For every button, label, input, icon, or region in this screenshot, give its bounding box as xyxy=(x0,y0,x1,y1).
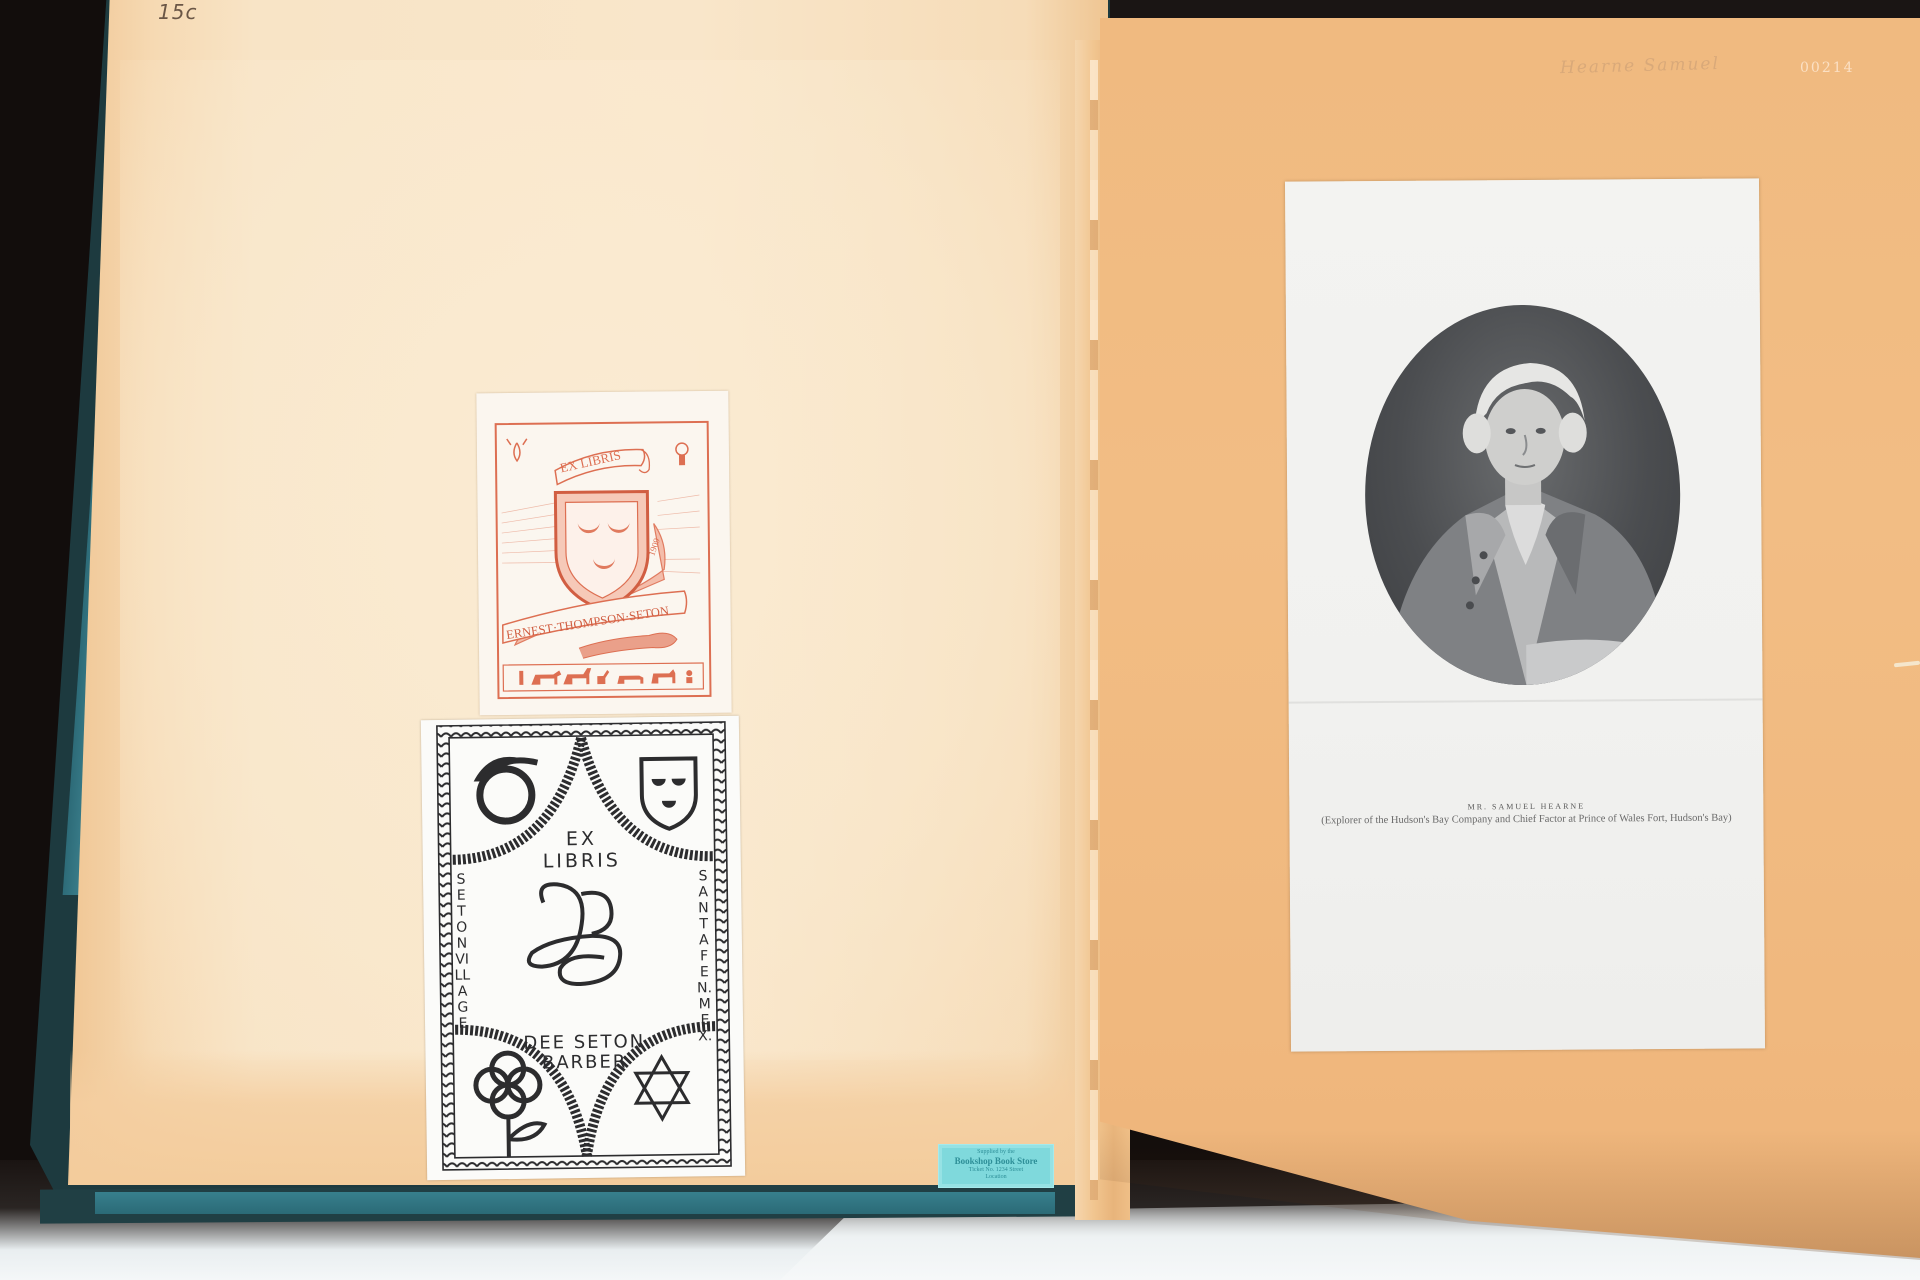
portrait-caption-description: (Explorer of the Hudson's Bay Company an… xyxy=(1319,813,1733,828)
ticket-line-4: Location xyxy=(939,1174,1053,1181)
pencil-note-top-left: 15c xyxy=(158,0,197,24)
print-fold-line xyxy=(1289,698,1763,703)
exlibris-libris: LIBRIS xyxy=(423,848,741,874)
hinge-crack xyxy=(1090,60,1098,1200)
ticket-line-1: Supplied by the xyxy=(939,1148,1053,1156)
portrait-caption-name: MR. SAMUEL HEARNE xyxy=(1289,800,1763,812)
ticket-line-3: Ticket No. 1234 Street xyxy=(939,1166,1053,1174)
bottom-repair-tape xyxy=(95,1192,1055,1214)
ticket-line-2: Bookshop Book Store xyxy=(939,1156,1053,1166)
pencil-note-top-right: Hearne Samuel xyxy=(1560,54,1720,78)
pencil-note-number: 00214 xyxy=(1800,60,1855,76)
bookplate-ernest-thompson-seton: EX LIBRIS 1909 ERNEST·THOMPSON·SETON xyxy=(476,391,731,716)
bookplate-dee-seton-barber: EX LIBRIS SETON VILLAGE SANTA FE N.MEX. … xyxy=(421,716,745,1180)
portrait-oval-engraving xyxy=(1364,304,1682,686)
open-book-scene: 15c Hearne Samuel 00214 EX xyxy=(0,0,1920,1280)
bookplate-barber-exlibris: EX LIBRIS xyxy=(422,826,741,874)
bookplate-seton-artwork: EX LIBRIS 1909 ERNEST·THOMPSON·SETON xyxy=(476,391,731,716)
bookseller-ticket: Supplied by the Bookshop Book Store Tick… xyxy=(938,1144,1054,1188)
bookplate-barber-right-vertical: SANTA FE N.MEX. xyxy=(695,868,713,1044)
bookplate-barber-owner: DEE SETON BARBER xyxy=(425,1031,744,1075)
bookplate-barber-left-vertical: SETON VILLAGE xyxy=(453,872,471,1032)
portrait-print: MR. SAMUEL HEARNE (Explorer of the Hudso… xyxy=(1285,178,1765,1051)
portrait-figure xyxy=(1364,304,1682,686)
